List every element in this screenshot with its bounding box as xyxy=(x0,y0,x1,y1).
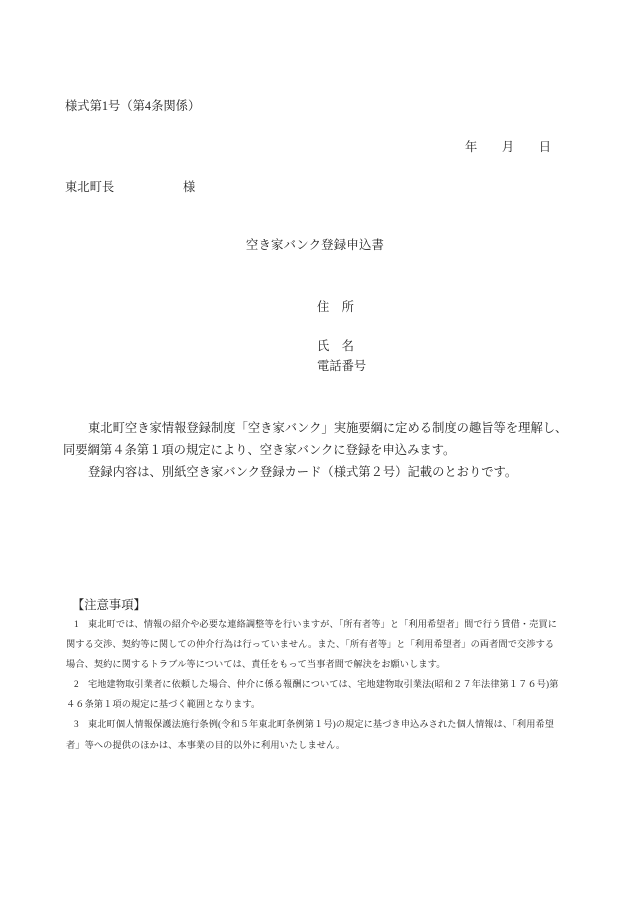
addressee: 東北町長 xyxy=(65,177,114,195)
addressee-honorific: 様 xyxy=(183,177,195,195)
note-line: 者」等への提供のほかは、本事業の目的以外に利用いたしません。 xyxy=(0,735,630,755)
address-field-label: 住 所 xyxy=(317,297,354,315)
date-line: 年 月 日 xyxy=(465,137,551,155)
note-line: 関する交渉、契約等に関しての仲介行為は行っていません。また、「所有者等」と「利用… xyxy=(0,634,630,654)
notes-heading: 【注意事項】 xyxy=(72,595,146,613)
application-statement: 東北町空き家情報登録制度「空き家バンク」実施要綱に定める制度の趣旨等を理解し、 … xyxy=(63,417,583,484)
document-page: 様式第1号（第4条関係） 年 月 日 東北町長 様 空き家バンク登録申込書 住 … xyxy=(0,0,630,903)
form-number: 様式第1号（第4条関係） xyxy=(65,96,200,114)
note-line: ４６条第１項の規定に基づく範囲となります。 xyxy=(0,694,630,714)
note-line: 1 東北町では、情報の紹介や必要な連絡調整等を行いますが、「所有者等」と「利用希… xyxy=(0,614,630,634)
phone-field-label: 電話番号 xyxy=(317,356,366,374)
notes-section: 1 東北町では、情報の紹介や必要な連絡調整等を行いますが、「所有者等」と「利用希… xyxy=(0,614,630,755)
note-line: 場合、契約に関するトラブル等については、責任をもって当事者間で解決をお願いします… xyxy=(0,654,630,674)
note-line: 3 東北町個人情報保護法施行条例(令和５年東北町条例第１号)の規定に基づき申込み… xyxy=(0,714,630,734)
statement-line: 東北町空き家情報登録制度「空き家バンク」実施要綱に定める制度の趣旨等を理解し、 xyxy=(63,417,583,439)
note-line: 2 宅地建物取引業者に依頼した場合、仲介に係る報酬については、宅地建物取引業法(… xyxy=(0,674,630,694)
document-title: 空き家バンク登録申込書 xyxy=(0,235,630,253)
name-field-label: 氏 名 xyxy=(317,336,354,354)
statement-line: 同要綱第４条第１項の規定により、空き家バンクに登録を申込みます。 xyxy=(63,439,583,461)
statement-line: 登録内容は、別紙空き家バンク登録カード（様式第２号）記載のとおりです。 xyxy=(63,461,583,483)
